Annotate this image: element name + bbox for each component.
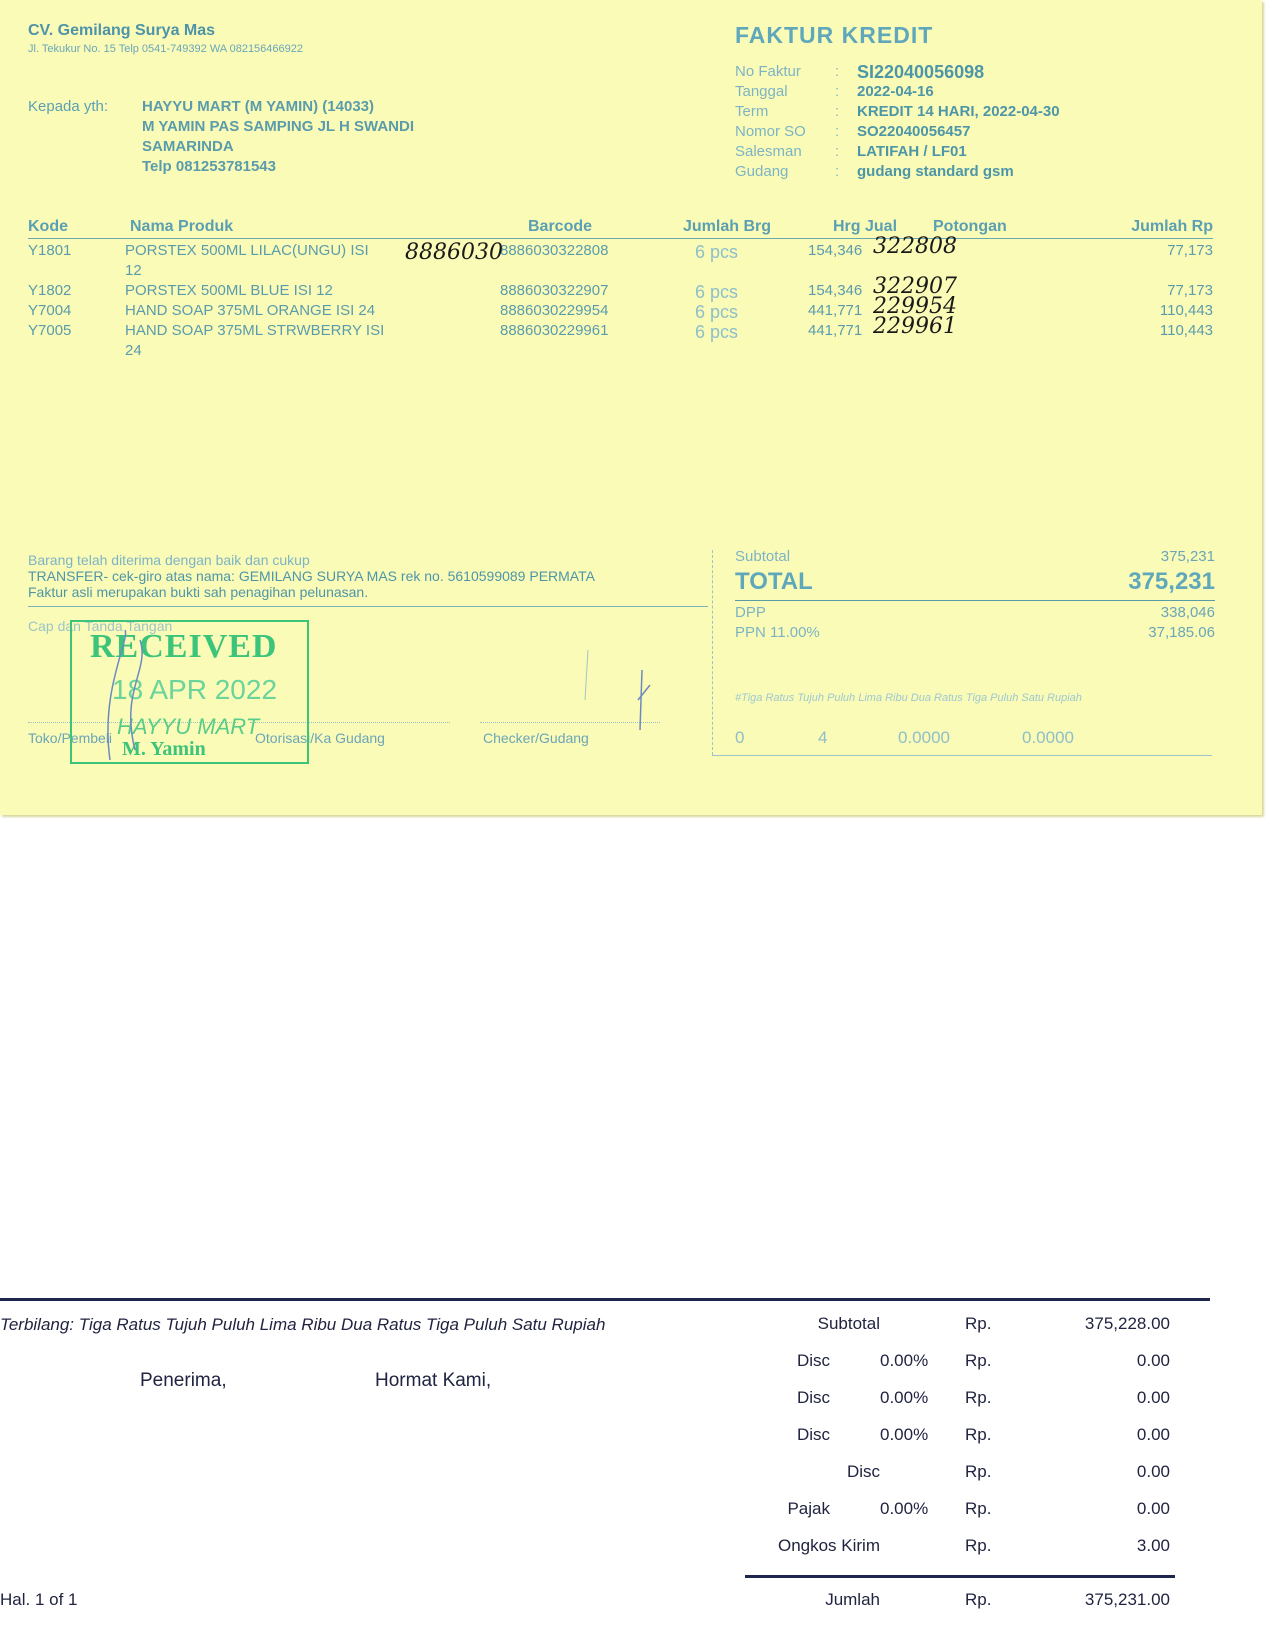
terbilang-text: Terbilang: Tiga Ratus Tujuh Puluh Lima R… xyxy=(0,1315,605,1335)
totals-row: DiscRp.0.00 xyxy=(700,1462,1190,1499)
table-row: Y1802PORSTEX 500ML BLUE ISI 128886030322… xyxy=(28,282,1213,302)
note-line: TRANSFER- cek-giro atas nama: GEMILANG S… xyxy=(28,568,595,584)
cell-kode: Y1801 xyxy=(28,242,71,259)
subtotal-row: Subtotal 375,231 xyxy=(735,548,1215,566)
totals-label: Subtotal xyxy=(818,1314,880,1334)
total-value: 375,231 xyxy=(1128,568,1215,596)
totals-block: SubtotalRp.375,228.00Disc0.00%Rp.0.00Dis… xyxy=(700,1314,1190,1573)
meta-label: Nomor SO xyxy=(735,122,835,142)
dpp-row: DPP 338,046 xyxy=(735,604,1215,622)
terbilang-faint: #Tiga Ratus Tujuh Puluh Lima Ribu Dua Ra… xyxy=(735,692,1082,704)
table-header: Kode Nama Produk Barcode Jumlah Brg Hrg … xyxy=(28,218,1213,239)
totals-rp: Rp. xyxy=(965,1425,991,1445)
totals-label: Pajak xyxy=(787,1499,830,1519)
meta-row: Nomor SO:SO22040056457 xyxy=(735,122,1060,142)
cell-harga: 441,771 xyxy=(808,322,862,339)
cell-nama: HAND SOAP 375ML STRWBERRY ISI xyxy=(125,322,384,339)
meta-value: KREDIT 14 HARI, 2022-04-30 xyxy=(857,102,1060,122)
penerima-label: Penerima, xyxy=(140,1370,227,1392)
ppn-value: 37,185.06 xyxy=(1148,624,1215,641)
cell-jumlah: 77,173 xyxy=(1167,282,1213,299)
totals-label: Disc xyxy=(797,1425,830,1445)
cell-kode: Y7004 xyxy=(28,302,71,319)
cell-qty: 6 pcs xyxy=(695,322,738,343)
cell-jumlah: 110,443 xyxy=(1160,322,1213,339)
recipient-address: HAYYU MART (M YAMIN) (14033) M YAMIN PAS… xyxy=(142,97,414,177)
totals-rp: Rp. xyxy=(965,1314,991,1334)
total-label: TOTAL xyxy=(735,568,813,596)
divider xyxy=(28,606,708,607)
ppn-row: PPN 11.00% 37,185.06 xyxy=(735,624,1215,642)
totals-label: Disc xyxy=(847,1462,880,1482)
divider xyxy=(0,1298,1210,1301)
col-barcode: Barcode xyxy=(528,218,592,236)
meta-label: Salesman xyxy=(735,142,835,162)
col-kode: Kode xyxy=(28,218,68,236)
cell-kode: Y7005 xyxy=(28,322,71,339)
cell-nama: PORSTEX 500ML BLUE ISI 12 xyxy=(125,282,333,299)
totals-label: Disc xyxy=(797,1388,830,1408)
company-address: Jl. Tekukur No. 15 Telp 0541-749392 WA 0… xyxy=(28,43,303,55)
meta-row: Salesman:LATIFAH / LF01 xyxy=(735,142,1060,162)
company-name: CV. Gemilang Surya Mas xyxy=(28,22,215,40)
invoice-meta: No Faktur:SI22040056098 Tanggal:2022-04-… xyxy=(735,62,1060,182)
table-row: Y7005HAND SOAP 375ML STRWBERRY ISI888603… xyxy=(28,322,1213,342)
meta-value: SI22040056098 xyxy=(857,62,984,82)
cell-harga: 154,346 xyxy=(808,282,862,299)
totals-row: Disc0.00%Rp.0.00 xyxy=(700,1388,1190,1425)
totals-rp: Rp. xyxy=(965,1462,991,1482)
signature-scribbles xyxy=(40,630,740,780)
handwritten-barcode: 229961 xyxy=(873,314,957,339)
meta-label: Gudang xyxy=(735,162,835,182)
currency-label: Rp. xyxy=(965,1590,991,1610)
totals-label: Ongkos Kirim xyxy=(778,1536,880,1556)
col-jumlah-rp: Jumlah Rp xyxy=(1131,218,1213,236)
totals-row: Disc0.00%Rp.0.00 xyxy=(700,1351,1190,1388)
totals-pct: 0.00% xyxy=(880,1425,928,1445)
dpp-label: DPP xyxy=(735,604,766,621)
subtotal-value: 375,231 xyxy=(1161,548,1215,565)
totals-label: Disc xyxy=(797,1351,830,1371)
meta-label: Term xyxy=(735,102,835,122)
totals-amount: 0.00 xyxy=(1137,1425,1170,1445)
cell-qty: 6 pcs xyxy=(695,302,738,323)
totals-row: Disc0.00%Rp.0.00 xyxy=(700,1425,1190,1462)
meta-value: gudang standard gsm xyxy=(857,162,1014,182)
recipient-line: Telp 081253781543 xyxy=(142,157,414,177)
jumlah-label: Jumlah xyxy=(825,1590,880,1610)
meta-row: No Faktur:SI22040056098 xyxy=(735,62,1060,82)
totals-amount: 375,228.00 xyxy=(1085,1314,1170,1334)
jumlah-amount: 375,231.00 xyxy=(1085,1590,1170,1610)
small-value: 0.0000 xyxy=(1022,728,1074,748)
meta-label: Tanggal xyxy=(735,82,835,102)
cell-kode: Y1802 xyxy=(28,282,71,299)
meta-value: LATIFAH / LF01 xyxy=(857,142,967,162)
meta-label: No Faktur xyxy=(735,62,835,82)
cell-nama: PORSTEX 500ML LILAC(UNGU) ISI xyxy=(125,242,369,259)
meta-row: Term:KREDIT 14 HARI, 2022-04-30 xyxy=(735,102,1060,122)
cell-barcode: 8886030229954 xyxy=(500,302,608,319)
totals-amount: 3.00 xyxy=(1137,1536,1170,1556)
totals-rp: Rp. xyxy=(965,1351,991,1371)
totals-pct: 0.00% xyxy=(880,1351,928,1371)
meta-row: Gudang:gudang standard gsm xyxy=(735,162,1060,182)
divider xyxy=(712,755,1212,756)
hormat-kami-label: Hormat Kami, xyxy=(375,1370,491,1392)
jumlah-row: Jumlah Rp. 375,231.00 xyxy=(700,1590,1190,1614)
ppn-label: PPN 11.00% xyxy=(735,624,820,641)
meta-row: Tanggal:2022-04-16 xyxy=(735,82,1060,102)
small-value: 4 xyxy=(818,728,827,748)
meta-value: 2022-04-16 xyxy=(857,82,934,102)
page-number: Hal. 1 of 1 xyxy=(0,1590,78,1610)
cell-nama-cont: 24 xyxy=(125,342,142,359)
scanned-receipt: CV. Gemilang Surya Mas Jl. Tekukur No. 1… xyxy=(0,0,1262,815)
divider xyxy=(735,600,1215,601)
subtotal-label: Subtotal xyxy=(735,548,790,565)
cell-jumlah: 77,173 xyxy=(1167,242,1213,259)
recipient-line: M YAMIN PAS SAMPING JL H SWANDI xyxy=(142,117,414,137)
receipt-notes: Barang telah diterima dengan baik dan cu… xyxy=(28,552,595,600)
total-row: TOTAL 375,231 xyxy=(735,568,1215,596)
table-row: Y1801PORSTEX 500ML LILAC(UNGU) ISI888603… xyxy=(28,242,1213,262)
dpp-value: 338,046 xyxy=(1161,604,1215,621)
totals-rp: Rp. xyxy=(965,1499,991,1519)
handwritten-note: 8886030 xyxy=(405,240,503,265)
totals-amount: 0.00 xyxy=(1137,1462,1170,1482)
cell-qty: 6 pcs xyxy=(695,242,738,263)
recipient-line: HAYYU MART (M YAMIN) (14033) xyxy=(142,97,414,117)
totals-rp: Rp. xyxy=(965,1536,991,1556)
totals-pct: 0.00% xyxy=(880,1388,928,1408)
cell-nama-cont: 12 xyxy=(125,262,142,279)
totals-pct: 0.00% xyxy=(880,1499,928,1519)
table-row: Y7004HAND SOAP 375ML ORANGE ISI 24888603… xyxy=(28,302,1213,322)
totals-amount: 0.00 xyxy=(1137,1388,1170,1408)
cell-jumlah: 110,443 xyxy=(1160,302,1213,319)
cell-harga: 154,346 xyxy=(808,242,862,259)
cell-harga: 441,771 xyxy=(808,302,862,319)
recipient-line: SAMARINDA xyxy=(142,137,414,157)
cell-qty: 6 pcs xyxy=(695,282,738,303)
document-title: FAKTUR KREDIT xyxy=(735,22,933,49)
col-nama-produk: Nama Produk xyxy=(130,218,233,236)
totals-row: SubtotalRp.375,228.00 xyxy=(700,1314,1190,1351)
cell-barcode: 8886030322808 xyxy=(500,242,608,259)
divider xyxy=(745,1575,1175,1578)
handwritten-barcode: 322808 xyxy=(873,234,957,259)
totals-amount: 0.00 xyxy=(1137,1351,1170,1371)
totals-rp: Rp. xyxy=(965,1388,991,1408)
small-value: 0.0000 xyxy=(898,728,950,748)
note-line: Faktur asli merupakan bukti sah penagiha… xyxy=(28,584,595,600)
recipient-label: Kepada yth: xyxy=(28,98,108,115)
totals-row: Pajak0.00%Rp.0.00 xyxy=(700,1499,1190,1536)
totals-amount: 0.00 xyxy=(1137,1499,1170,1519)
cell-barcode: 8886030322907 xyxy=(500,282,608,299)
totals-row: Ongkos KirimRp.3.00 xyxy=(700,1536,1190,1573)
cell-nama: HAND SOAP 375ML ORANGE ISI 24 xyxy=(125,302,375,319)
col-jumlah-brg: Jumlah Brg xyxy=(683,218,771,236)
note-line: Barang telah diterima dengan baik dan cu… xyxy=(28,552,595,568)
meta-value: SO22040056457 xyxy=(857,122,970,142)
cell-barcode: 8886030229961 xyxy=(500,322,608,339)
